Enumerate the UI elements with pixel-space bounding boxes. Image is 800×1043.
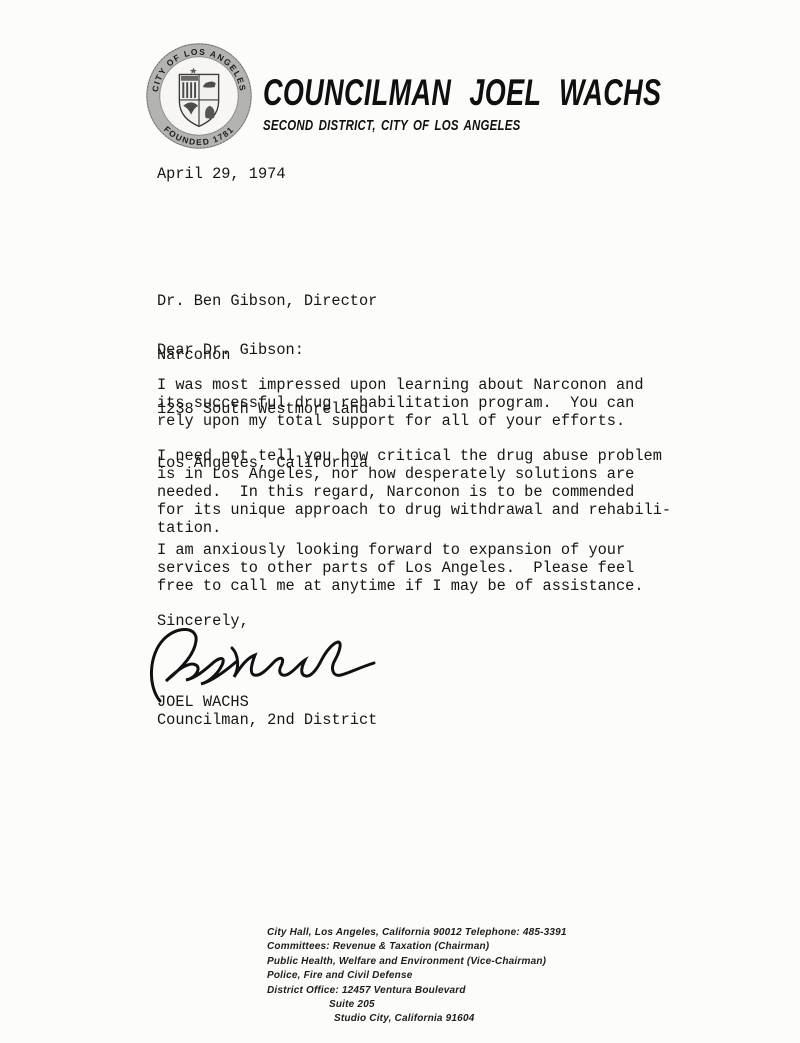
salutation: Dear Dr. Gibson: <box>157 341 304 359</box>
footer-line-committees: Committees: Revenue & Taxation (Chairman… <box>267 940 567 954</box>
footer-line-police: Police, Fire and Civil Defense <box>267 969 567 983</box>
body-paragraph-1: I was most impressed upon learning about… <box>157 376 644 430</box>
footer-contact-block: City Hall, Los Angeles, California 90012… <box>267 926 567 1027</box>
recipient-line: Dr. Ben Gibson, Director <box>157 292 377 310</box>
body-paragraph-2: I need not tell you how critical the dru… <box>157 447 671 537</box>
footer-line-public-health: Public Health, Welfare and Environment (… <box>267 955 567 969</box>
seal-shield <box>179 68 218 127</box>
letterhead-title: COUNCILMAN JOEL WACHS <box>263 74 661 112</box>
body-paragraph-3: I am anxiously looking forward to expans… <box>157 541 644 595</box>
footer-line-studio-city: Studio City, California 91604 <box>334 1012 567 1026</box>
footer-line-city-hall: City Hall, Los Angeles, California 90012… <box>267 926 567 940</box>
footer-line-suite: Suite 205 <box>329 998 567 1012</box>
letterhead: COUNCILMAN JOEL WACHS SECOND DISTRICT, C… <box>263 74 800 134</box>
signer-title: Councilman, 2nd District <box>157 711 377 729</box>
date-line: April 29, 1974 <box>157 165 286 183</box>
letterhead-subtitle: SECOND DISTRICT, CITY OF LOS ANGELES <box>263 119 694 134</box>
city-of-los-angeles-seal-icon: CITY OF LOS ANGELES FOUNDED 1781 <box>145 42 253 150</box>
letter-page: CITY OF LOS ANGELES FOUNDED 1781 C <box>0 0 800 1043</box>
footer-line-district-office: District Office: 12457 Ventura Boulevard <box>267 984 567 998</box>
signer-name: JOEL WACHS <box>157 693 249 711</box>
